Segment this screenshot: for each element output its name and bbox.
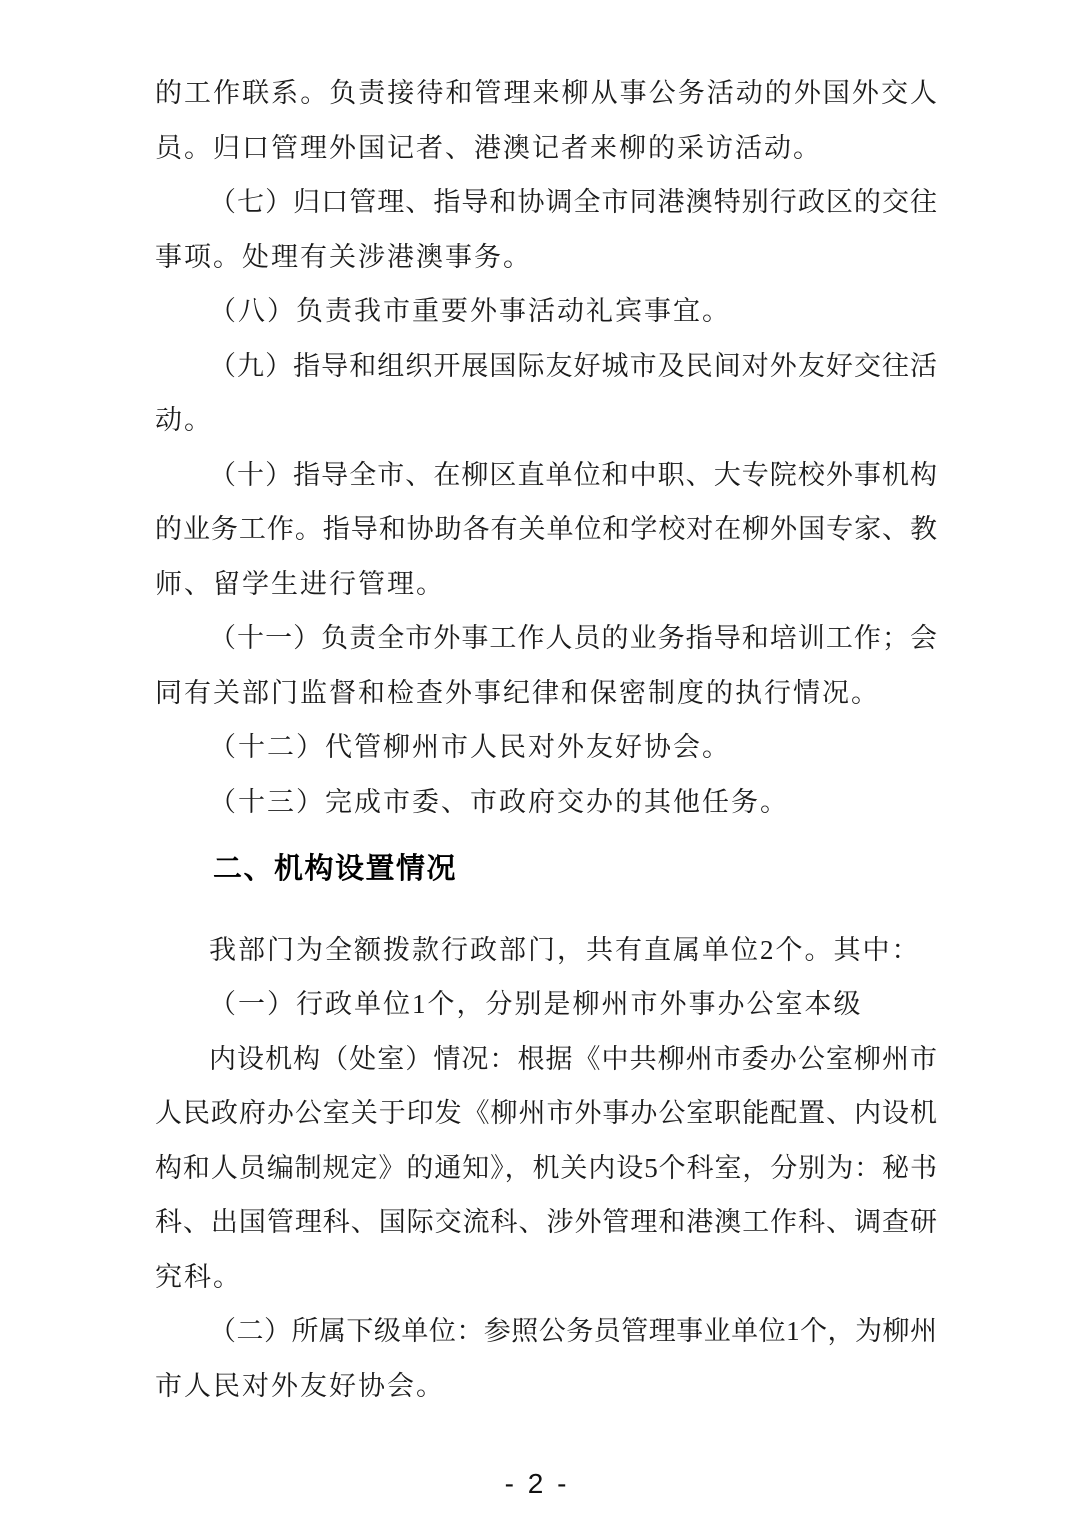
text-line: （十二）代管柳州市人民对外友好协会。 [155, 720, 937, 775]
text-line: 科、出国管理科、国际交流科、涉外管理和港澳工作科、调查研 [155, 1195, 937, 1250]
text-line: 事项。处理有关涉港澳事务。 [155, 230, 937, 285]
text-line: （十）指导全市、在柳区直单位和中职、大专院校外事机构 [155, 448, 937, 503]
text-line: （十一）负责全市外事工作人员的业务指导和培训工作；会 [155, 611, 937, 666]
text-line: 师、留学生进行管理。 [155, 557, 937, 612]
document-page: 的工作联系。负责接待和管理来柳从事公务活动的外国外交人员。归口管理外国记者、港澳… [0, 0, 1074, 1520]
paragraph-lines-top: 的工作联系。负责接待和管理来柳从事公务活动的外国外交人员。归口管理外国记者、港澳… [155, 66, 937, 829]
text-line: （八）负责我市重要外事活动礼宾事宜。 [155, 284, 937, 339]
text-line: （十三）完成市委、市政府交办的其他任务。 [155, 775, 937, 830]
text-line: 员。归口管理外国记者、港澳记者来柳的采访活动。 [155, 121, 937, 176]
text-line: 究科。 [155, 1250, 937, 1305]
page-number: - 2 - [0, 1468, 1074, 1500]
text-line: （一）行政单位1个，分别是柳州市外事办公室本级 [155, 977, 937, 1032]
paragraph-lines-bottom: 我部门为全额拨款行政部门，共有直属单位2个。其中：（一）行政单位1个，分别是柳州… [155, 923, 937, 1414]
text-line: 动。 [155, 393, 937, 448]
text-line: （二）所属下级单位：参照公务员管理事业单位1个，为柳州 [155, 1304, 937, 1359]
text-line: 构和人员编制规定》的通知》，机关内设5个科室，分别为：秘书 [155, 1141, 937, 1196]
text-line: 内设机构（处室）情况：根据《中共柳州市委办公室柳州市 [155, 1032, 937, 1087]
text-line: 市人民对外友好协会。 [155, 1359, 937, 1414]
text-line: （九）指导和组织开展国际友好城市及民间对外友好交往活 [155, 339, 937, 394]
text-line: （七）归口管理、指导和协调全市同港澳特别行政区的交往 [155, 175, 937, 230]
text-line: 我部门为全额拨款行政部门，共有直属单位2个。其中： [155, 923, 937, 978]
document-body: 的工作联系。负责接待和管理来柳从事公务活动的外国外交人员。归口管理外国记者、港澳… [155, 0, 937, 1413]
text-line: 的业务工作。指导和协助各有关单位和学校对在柳外国专家、教 [155, 502, 937, 557]
text-line: 的工作联系。负责接待和管理来柳从事公务活动的外国外交人 [155, 66, 937, 121]
text-line: 同有关部门监督和检查外事纪律和保密制度的执行情况。 [155, 666, 937, 721]
section-heading: 二、机构设置情况 [155, 842, 937, 897]
text-line: 人民政府办公室关于印发《柳州市外事办公室职能配置、内设机 [155, 1086, 937, 1141]
